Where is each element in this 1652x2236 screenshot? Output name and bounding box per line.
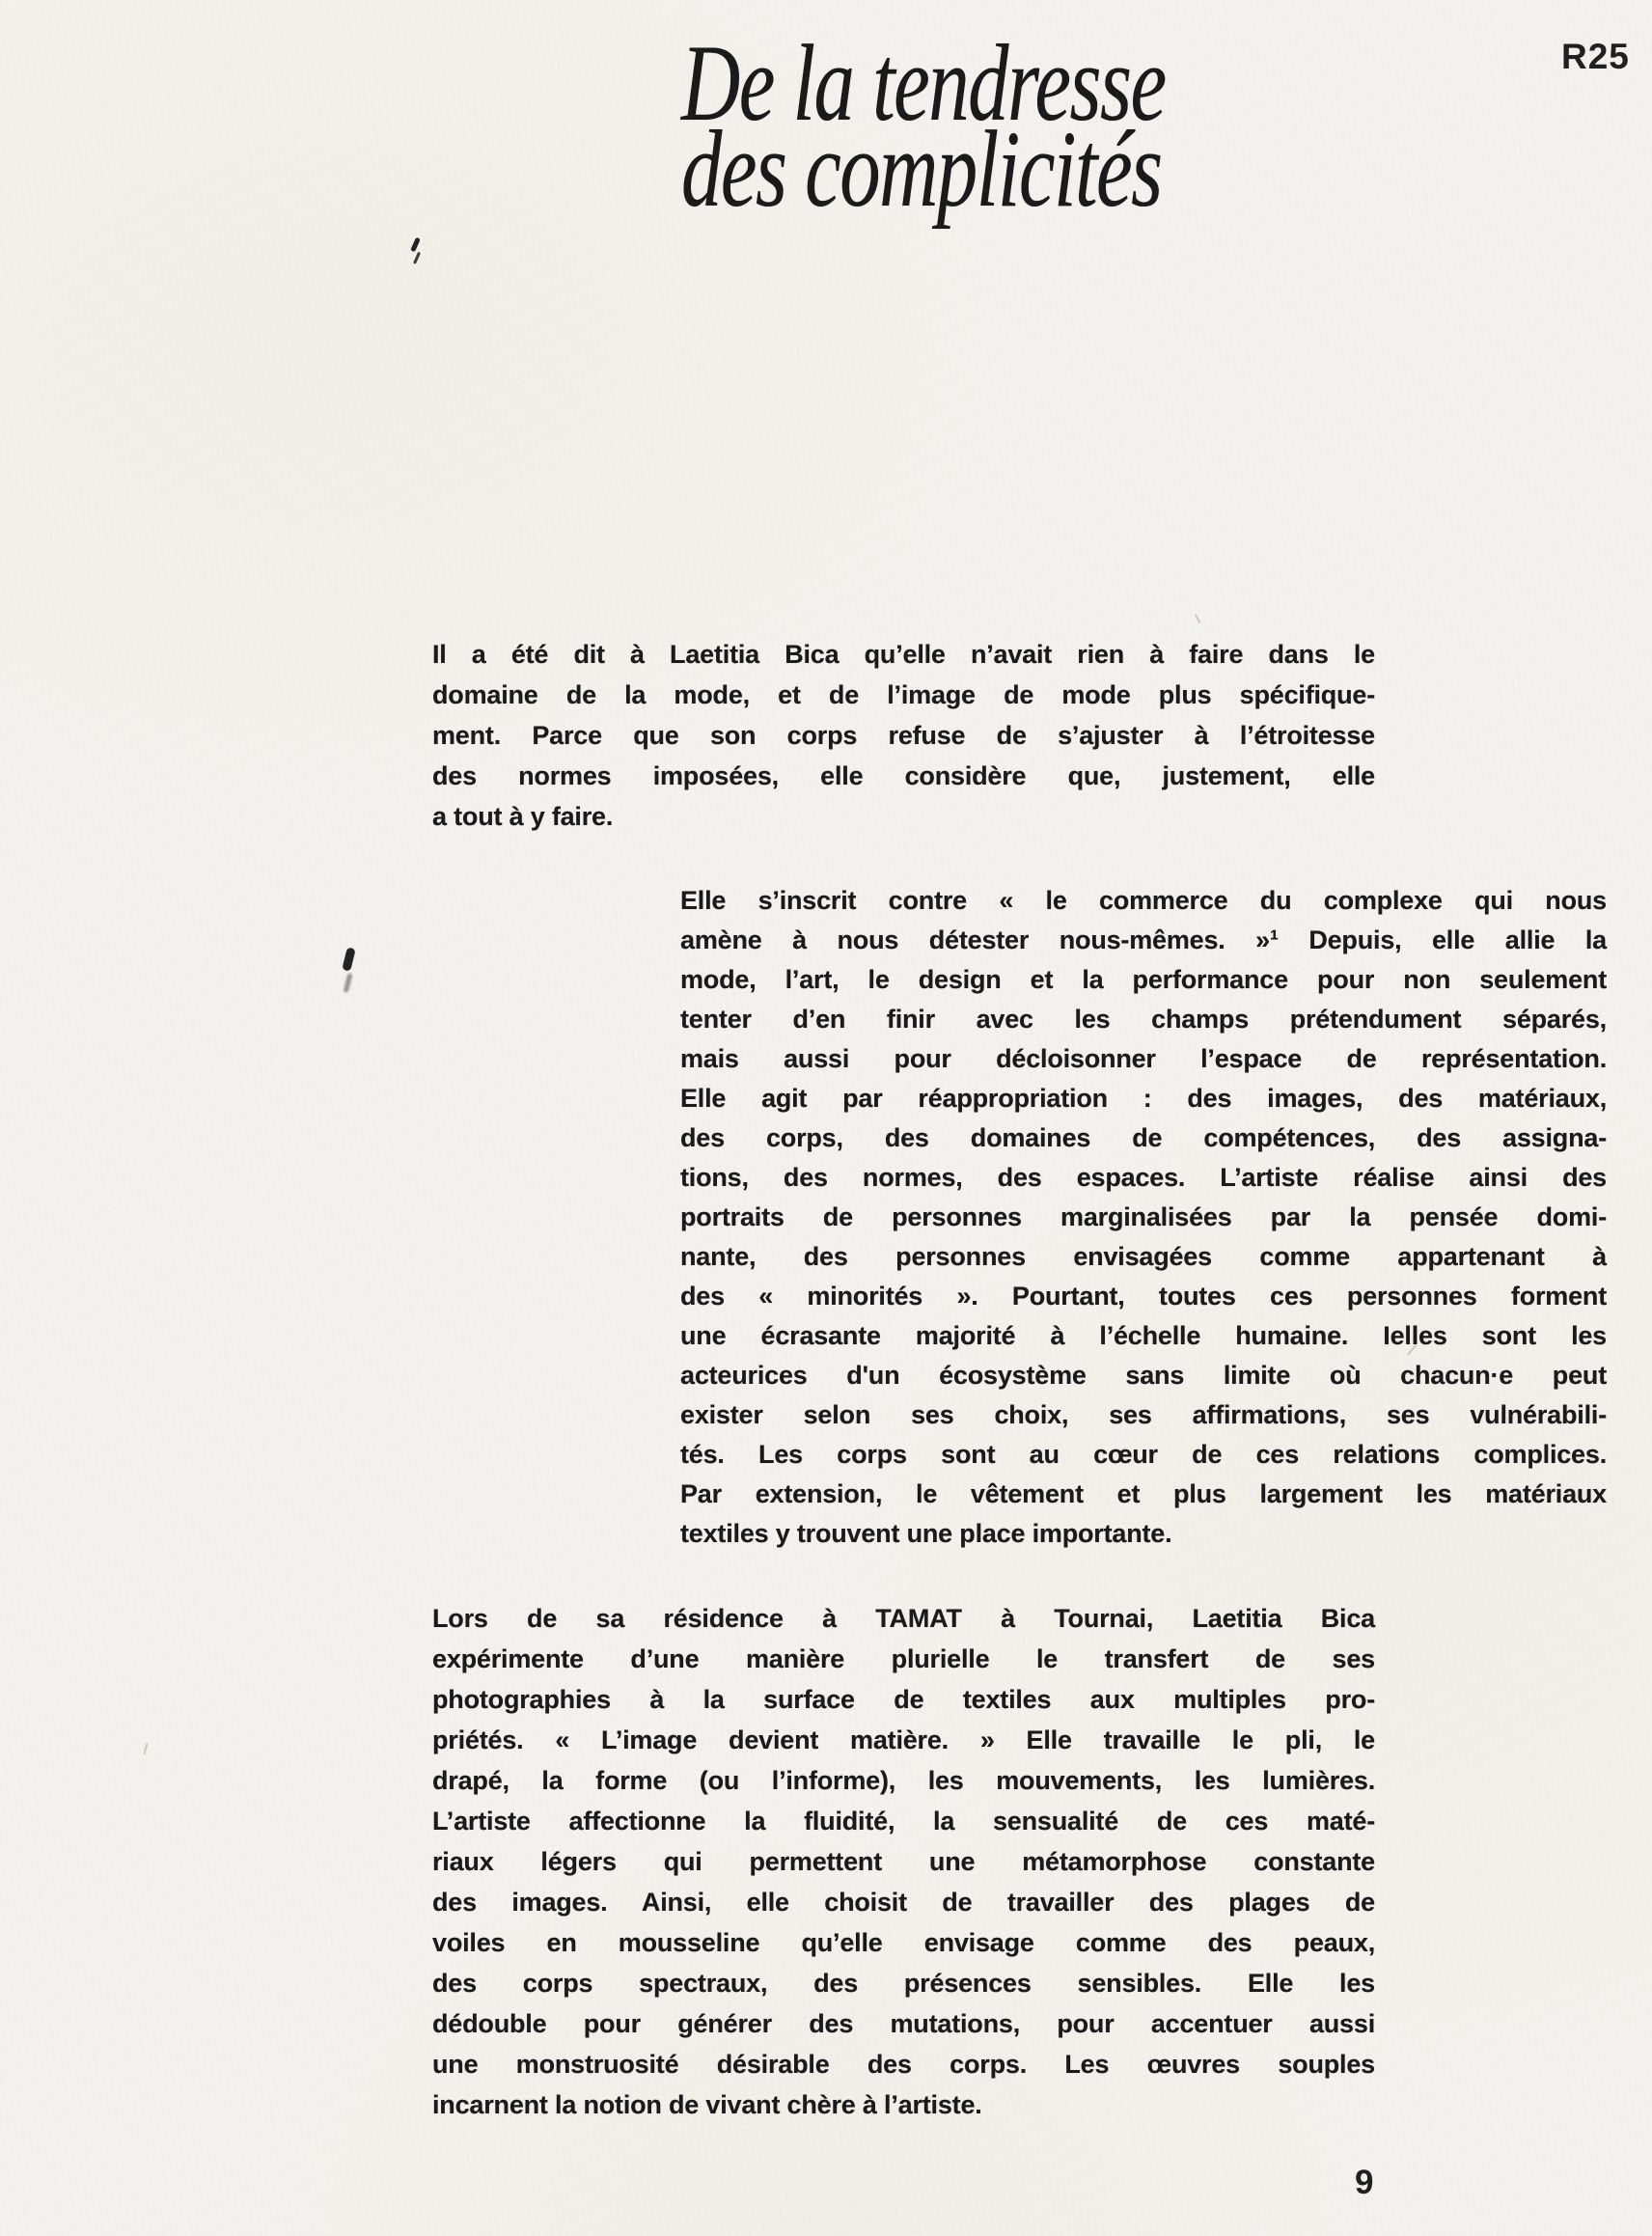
text-line: portraits de personnes marginalisées par… — [680, 1198, 1607, 1237]
paragraph-residency: Lors de sa résidence à TAMAT à Tournai, … — [432, 1598, 1375, 2125]
text-line: des « minorités ». Pourtant, toutes ces … — [680, 1277, 1607, 1316]
title-line-2: des complicités — [681, 126, 1166, 212]
text-line: priétés. « L’image devient matière. » El… — [432, 1720, 1375, 1760]
text-line: des normes imposées, elle considère que,… — [432, 756, 1375, 796]
text-line: des corps spectraux, des présences sensi… — [432, 1963, 1375, 2003]
reference-code: R25 — [1561, 37, 1630, 77]
text-line: domaine de la mode, et de l’image de mod… — [432, 675, 1375, 715]
text-line: tenter d’en finir avec les champs préten… — [680, 1000, 1607, 1039]
scanned-page: R25 De la tendresse des complicités Il a… — [0, 0, 1652, 2236]
text-line: L’artiste affectionne la fluidité, la se… — [432, 1801, 1375, 1841]
text-line: a tout à y faire. — [432, 796, 1375, 837]
text-line: voiles en mousseline qu’elle envisage co… — [432, 1922, 1375, 1963]
text-line: amène à nous détester nous-mêmes. »¹ Dep… — [680, 921, 1607, 960]
text-line: incarnent la notion de vivant chère à l’… — [432, 2084, 1375, 2125]
text-line: une monstruosité désirable des corps. Le… — [432, 2044, 1375, 2084]
text-line: textiles y trouvent une place importante… — [680, 1514, 1607, 1554]
text-line: drapé, la forme (ou l’informe), les mouv… — [432, 1760, 1375, 1801]
text-line: des corps, des domaines de compétences, … — [680, 1118, 1607, 1158]
paper-fiber — [1195, 614, 1201, 623]
text-line: dédouble pour générer des mutations, pou… — [432, 2003, 1375, 2044]
text-line: des images. Ainsi, elle choisit de trava… — [432, 1882, 1375, 1922]
paper-fiber — [143, 1743, 148, 1754]
text-line: tions, des normes, des espaces. L’artist… — [680, 1158, 1607, 1198]
text-line: Il a été dit à Laetitia Bica qu’elle n’a… — [432, 634, 1375, 675]
ink-speck — [342, 947, 356, 971]
text-line: exister selon ses choix, ses affirmation… — [680, 1395, 1607, 1435]
text-line: photographies à la surface de textiles a… — [432, 1679, 1375, 1720]
text-line: riaux légers qui permettent une métamorp… — [432, 1841, 1375, 1882]
text-line: mais aussi pour décloisonner l’espace de… — [680, 1039, 1607, 1079]
text-line: Lors de sa résidence à TAMAT à Tournai, … — [432, 1598, 1375, 1639]
text-line: mode, l’art, le design et la performance… — [680, 960, 1607, 1000]
text-line: tés. Les corps sont au cœur de ces relat… — [680, 1435, 1607, 1475]
ink-speck — [410, 237, 421, 253]
text-line: nante, des personnes envisagées comme ap… — [680, 1237, 1607, 1277]
text-line: acteurices d'un écosystème sans limite o… — [680, 1356, 1607, 1395]
text-line: Elle s’inscrit contre « le commerce du c… — [680, 881, 1607, 921]
text-line: expérimente d’une manière plurielle le t… — [432, 1639, 1375, 1679]
text-line: Par extension, le vêtement et plus large… — [680, 1475, 1607, 1514]
paragraph-practice: Elle s’inscrit contre « le commerce du c… — [680, 881, 1607, 1554]
paragraph-intro: Il a été dit à Laetitia Bica qu’elle n’a… — [432, 634, 1375, 837]
text-line: Elle agit par réappropriation : des imag… — [680, 1079, 1607, 1118]
page-number: 9 — [1355, 2164, 1373, 2202]
page-title: De la tendresse des complicités — [681, 41, 1166, 212]
text-line: ment. Parce que son corps refuse de s’aj… — [432, 715, 1375, 756]
text-line: une écrasante majorité à l’échelle humai… — [680, 1316, 1607, 1356]
